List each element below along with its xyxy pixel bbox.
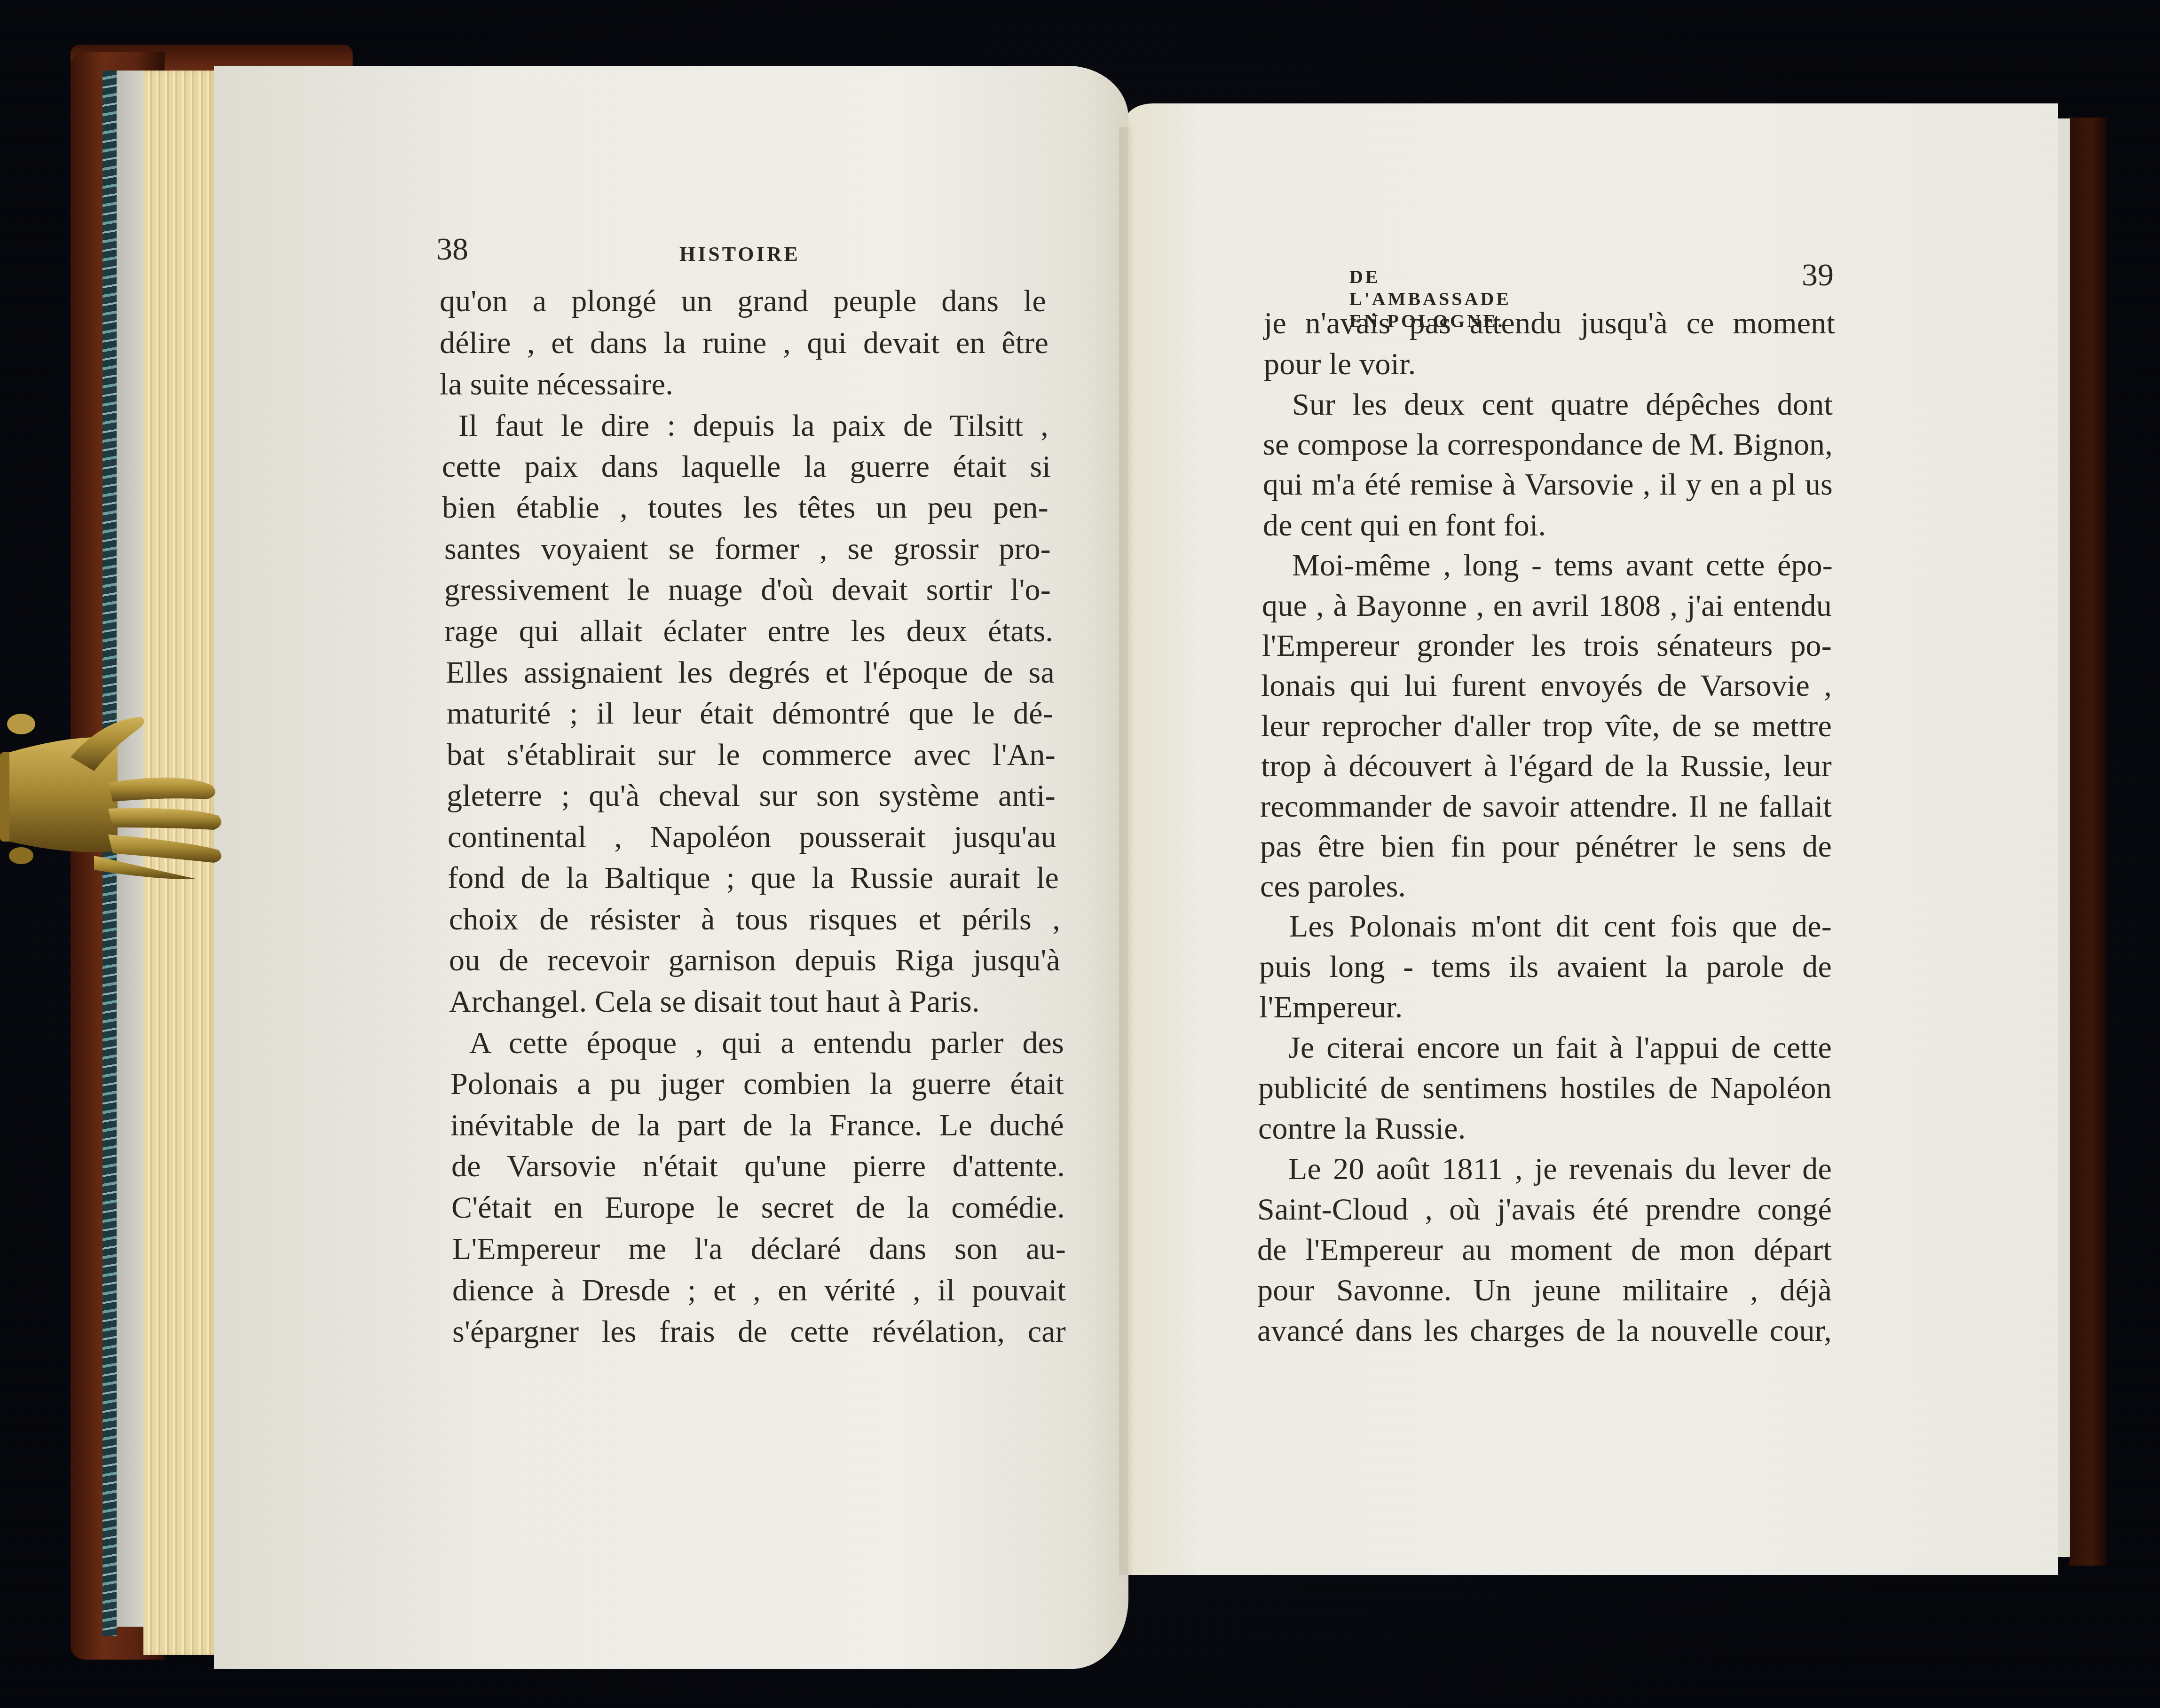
text-line: gressivement le nuage d'où devait sortir… <box>444 575 1051 606</box>
running-head-left: HISTOIRE <box>679 242 800 266</box>
text-line: trop à découvert à l'égard de la Russie,… <box>1261 751 1832 782</box>
text-line: bat s'établirait sur le commerce avec l'… <box>447 740 1056 771</box>
text-line: la suite nécessaire. <box>440 369 722 400</box>
text-line: pour Savonne. Un jeune militaire , déjà <box>1257 1275 1832 1306</box>
text-line: Archangel. Cela se disait tout haut à Pa… <box>449 986 1060 1017</box>
text-line: Le 20 août 1811 , je revenais du lever d… <box>1288 1154 1832 1185</box>
text-line: l'Empereur. <box>1259 992 1541 1023</box>
text-line: Je citerai encore un fait à l'appui de c… <box>1288 1032 1832 1063</box>
text-line: pas être bien fin pour pénétrer le sens … <box>1260 831 1832 862</box>
text-line: pour le voir. <box>1264 349 1546 380</box>
right-leather-cover <box>2069 118 2106 1566</box>
text-line: cette paix dans laquelle la guerre était… <box>442 451 1051 482</box>
text-line: C'était en Europe le secret de la comédi… <box>451 1192 1065 1223</box>
text-line: Il faut le dire : depuis la paix de Tils… <box>458 410 1048 441</box>
text-line: fond de la Baltique ; que la Russie aura… <box>448 863 1059 894</box>
text-line: de cent qui en font foi. <box>1263 510 1545 541</box>
text-line: puis long - tems ils avaient la parole d… <box>1259 952 1832 983</box>
text-line: Moi-même , long - tems avant cette épo- <box>1292 550 1833 581</box>
text-line: qu'on a plongé un grand peuple dans le <box>440 286 1046 317</box>
text-line: Saint-Cloud , où j'avais été prendre con… <box>1257 1194 1832 1225</box>
text-line: gleterre ; qu'à cheval sur son système a… <box>447 780 1056 811</box>
text-line: continental , Napoléon pousserait jusqu'… <box>448 822 1056 853</box>
text-line: ou de recevoir garnison depuis Riga jusq… <box>449 945 1060 976</box>
text-line: Sur les deux cent quatre dépêches dont <box>1292 389 1833 420</box>
text-line: se compose la correspondance de M. Bigno… <box>1263 429 1833 460</box>
book-gutter <box>1119 127 1133 1575</box>
text-line: de l'Empereur au moment de mon départ <box>1257 1235 1832 1266</box>
text-line: que , à Bayonne , en avril 1808 , j'ai e… <box>1262 590 1832 622</box>
text-line: contre la Russie. <box>1258 1113 1540 1144</box>
text-line: publicité de sentimens hostiles de Napol… <box>1258 1073 1832 1104</box>
text-line: leur reprocher d'aller trop vîte, de se … <box>1261 711 1832 742</box>
text-line: choix de résister à tous risques et péri… <box>449 904 1060 935</box>
text-line: A cette époque , qui a entendu parler de… <box>469 1028 1064 1059</box>
text-line: inévitable de la part de la France. Le d… <box>450 1110 1064 1141</box>
text-line: avancé dans les charges de la nouvelle c… <box>1257 1315 1832 1346</box>
text-line: je n'avais pas attendu jusqu'à ce moment <box>1264 308 1835 339</box>
page-number-right: 39 <box>1802 256 1834 293</box>
text-line: qui m'a été remise à Varsovie , il y en … <box>1263 469 1833 500</box>
text-line: de Varsovie n'était qu'une pierre d'atte… <box>451 1151 1065 1182</box>
text-line: recommander de savoir attendre. Il ne fa… <box>1260 791 1832 822</box>
text-line: Elles assignaient les degrés et l'époque… <box>446 657 1055 688</box>
text-line: lonais qui lui furent envoyés de Varsovi… <box>1261 670 1832 701</box>
text-line: rage qui allait éclater entre les deux é… <box>444 616 1053 647</box>
text-line: dience à Dresde ; et , en vérité , il po… <box>452 1275 1066 1306</box>
page-number-left: 38 <box>436 230 468 268</box>
text-line: Les Polonais m'ont dit cent fois que de- <box>1289 911 1832 942</box>
text-line: s'épargner les frais de cette révélation… <box>452 1316 1066 1347</box>
text-line: bien établie , toutes les têtes un peu p… <box>442 492 1048 523</box>
text-line: santes voyaient se former , se grossir p… <box>444 534 1051 565</box>
text-line: maturité ; il leur était démontré que le… <box>447 698 1053 729</box>
text-line: L'Empereur me l'a déclaré dans son au- <box>452 1234 1066 1265</box>
text-line: ces paroles. <box>1260 871 1542 902</box>
text-line: Polonais a pu juger combien la guerre ét… <box>450 1069 1064 1100</box>
brass-hand-bookmark-icon <box>0 701 263 879</box>
text-line: délire , et dans la ruine , qui devait e… <box>440 328 1048 359</box>
text-line: l'Empereur gronder les trois sénateurs p… <box>1262 630 1832 661</box>
